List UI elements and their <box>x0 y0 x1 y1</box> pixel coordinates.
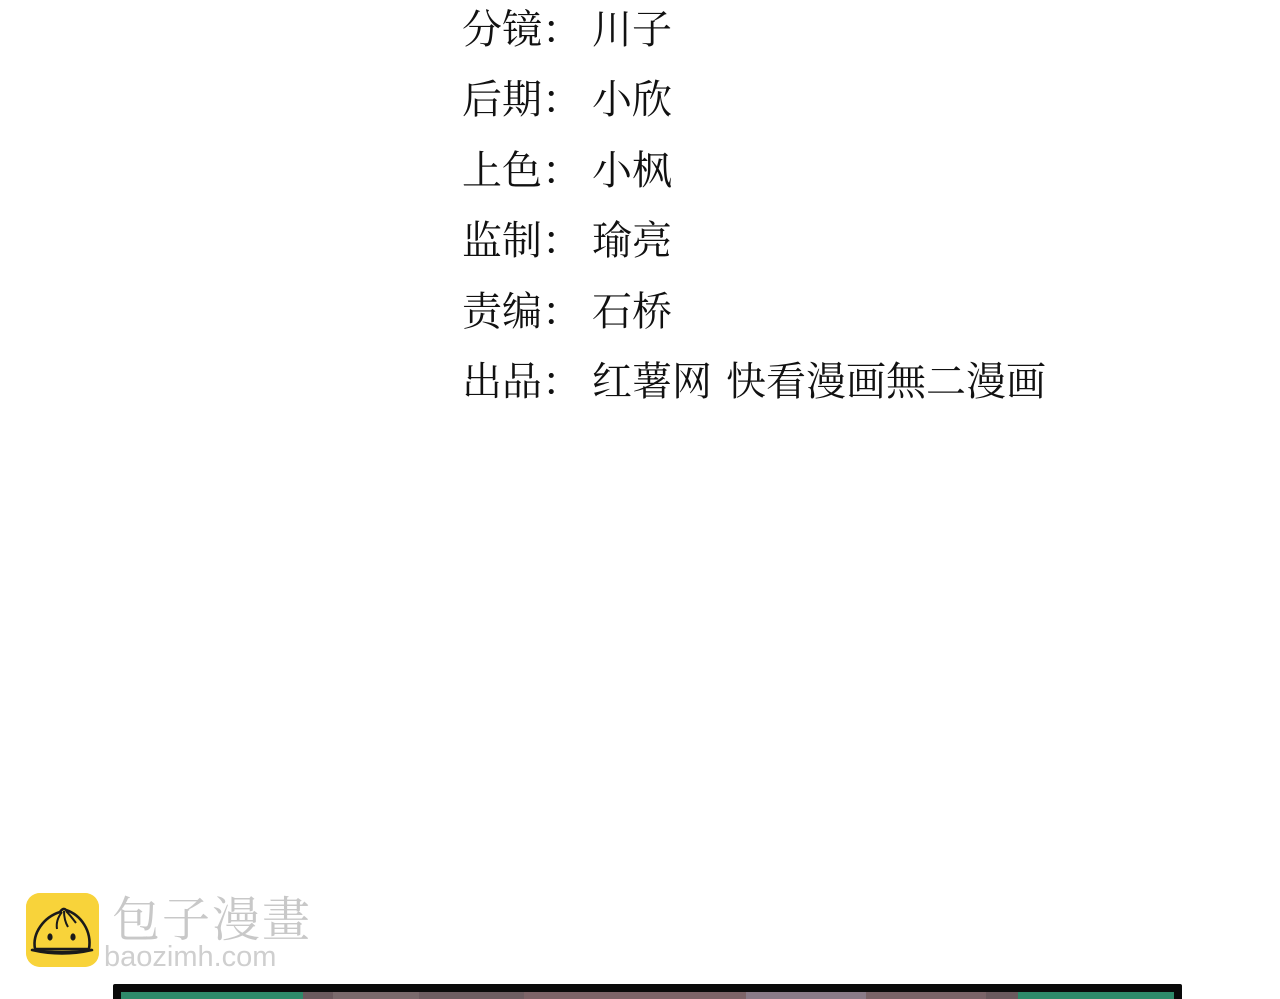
credit-name: 瑜亮 <box>592 217 672 265</box>
watermark-title: 包子漫畫 <box>112 893 312 947</box>
panel-segment <box>866 992 986 999</box>
credit-name: 川子 <box>592 6 672 54</box>
panel-segment <box>419 992 524 999</box>
credit-row-supervisor: 监制： 瑜亮 <box>462 217 672 265</box>
panel-segment <box>1018 992 1174 999</box>
watermark: 包子漫畫 baozimh.com <box>26 893 326 973</box>
watermark-url: baozimh.com <box>104 941 276 973</box>
credit-row-coloring: 上色： 小枫 <box>462 147 672 195</box>
credit-name: 石桥 <box>592 288 672 336</box>
credit-role: 后期： <box>462 76 592 124</box>
comic-panel-edge <box>113 984 1182 999</box>
credit-row-publisher: 出品： 红薯网快看漫画無二漫画 <box>462 358 1046 406</box>
credit-role: 监制： <box>462 217 592 265</box>
credit-row-editor: 责编： 石桥 <box>462 288 672 336</box>
publisher-primary: 红薯网 <box>592 359 712 405</box>
panel-segment <box>333 992 419 999</box>
panel-segment <box>121 992 303 999</box>
panel-segment <box>524 992 746 999</box>
credit-role: 上色： <box>462 147 592 195</box>
credit-name: 小欣 <box>592 76 672 124</box>
panel-segment <box>746 992 866 999</box>
steamed-bun-icon <box>26 893 99 967</box>
publisher-secondary: 快看漫画無二漫画 <box>726 359 1046 405</box>
panel-segment <box>986 992 1018 999</box>
comic-panel-image <box>121 992 1174 999</box>
credit-role: 出品： <box>462 358 592 406</box>
credit-row-storyboard: 分镜： 川子 <box>462 6 672 54</box>
panel-segment <box>303 992 333 999</box>
credit-role: 责编： <box>462 288 592 336</box>
credit-role: 分镜： <box>462 6 592 54</box>
credit-name: 小枫 <box>592 147 672 195</box>
credit-row-post-production: 后期： 小欣 <box>462 76 672 124</box>
credit-name: 红薯网快看漫画無二漫画 <box>592 358 1046 406</box>
